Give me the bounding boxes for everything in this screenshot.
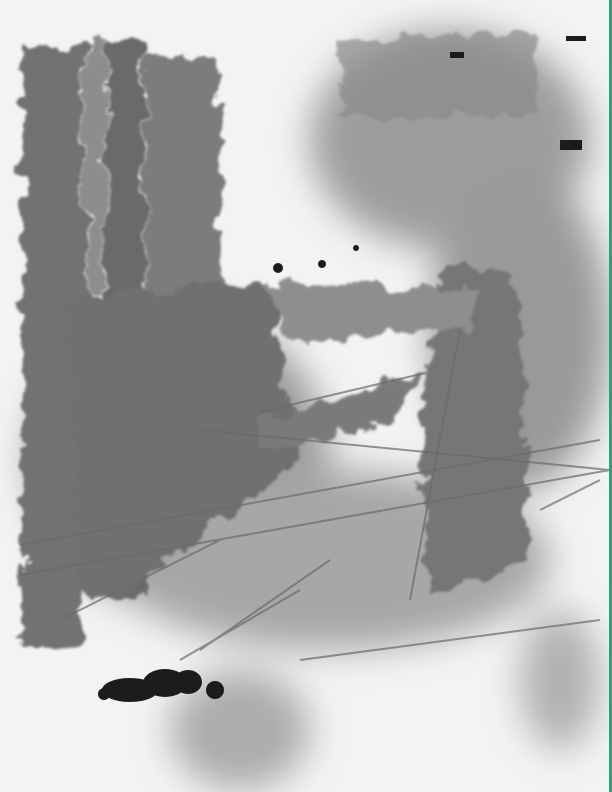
- artwork-canvas: [0, 0, 612, 792]
- monoprint-texture: [0, 0, 612, 792]
